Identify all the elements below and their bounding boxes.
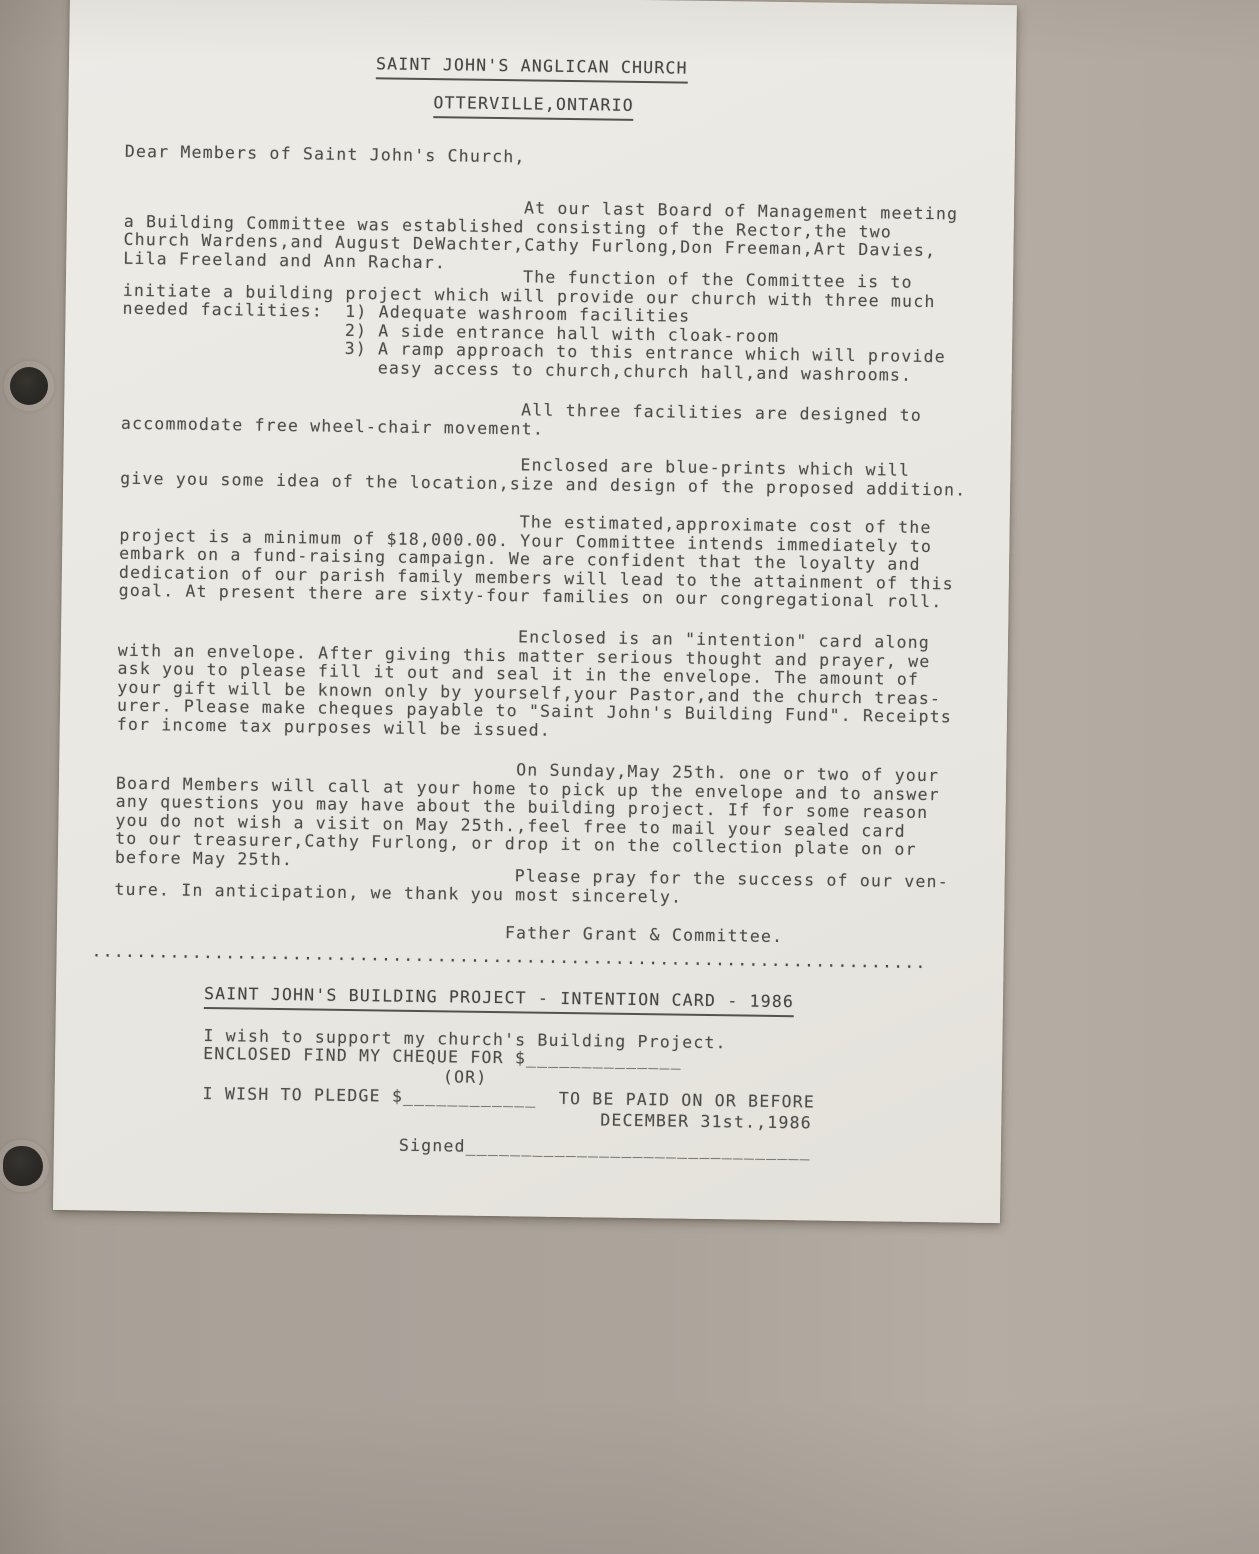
paragraph-intention-card: Enclosed is an "intention" card along wi… <box>117 623 954 746</box>
letter-sheet: SAINT JOHN'S ANGLICAN CHURCH OTTERVILLE,… <box>53 0 1017 1223</box>
binder-hole-bottom <box>3 1146 43 1186</box>
salutation: Dear Members of Saint John's Church, <box>125 143 526 167</box>
signature-line: Father Grant & Committee. <box>505 924 784 946</box>
card-pledge-amount-blank: I WISH TO PLEDGE $____________ TO BE PAI… <box>202 1085 815 1112</box>
church-location-text: OTTERVILLE,ONTARIO <box>433 94 634 120</box>
card-signed-blank: Signed_______________________________ <box>399 1137 811 1161</box>
intention-card-title: SAINT JOHN'S BUILDING PROJECT - INTENTIO… <box>204 985 794 1017</box>
letter-content: SAINT JOHN'S ANGLICAN CHURCH OTTERVILLE,… <box>110 0 1012 1223</box>
church-location-heading: OTTERVILLE,ONTARIO <box>433 94 634 120</box>
binder-hole-top <box>10 367 48 405</box>
dotted-separator: ........................................… <box>91 942 926 972</box>
paragraph-wheelchair: All three facilities are designed to acc… <box>121 396 922 444</box>
paragraph-blueprints: Enclosed are blue-prints which will give… <box>120 451 967 500</box>
church-name-text: SAINT JOHN'S ANGLICAN CHURCH <box>376 55 688 83</box>
scanned-page: SAINT JOHN'S ANGLICAN CHURCH OTTERVILLE,… <box>0 0 1259 1554</box>
intention-card-title-text: SAINT JOHN'S BUILDING PROJECT - INTENTIO… <box>204 985 794 1017</box>
card-or-label: (OR) <box>443 1068 488 1087</box>
paragraph-cost: The estimated,approximate cost of the pr… <box>119 508 955 612</box>
paragraph-may-25-visit: On Sunday,May 25th. one or two of your B… <box>115 756 940 878</box>
paragraph-committee-function: The function of the Committee is to init… <box>122 263 947 385</box>
card-due-date: DECEMBER 31st.,1986 <box>600 1112 812 1133</box>
church-name-heading: SAINT JOHN'S ANGLICAN CHURCH <box>376 55 688 83</box>
